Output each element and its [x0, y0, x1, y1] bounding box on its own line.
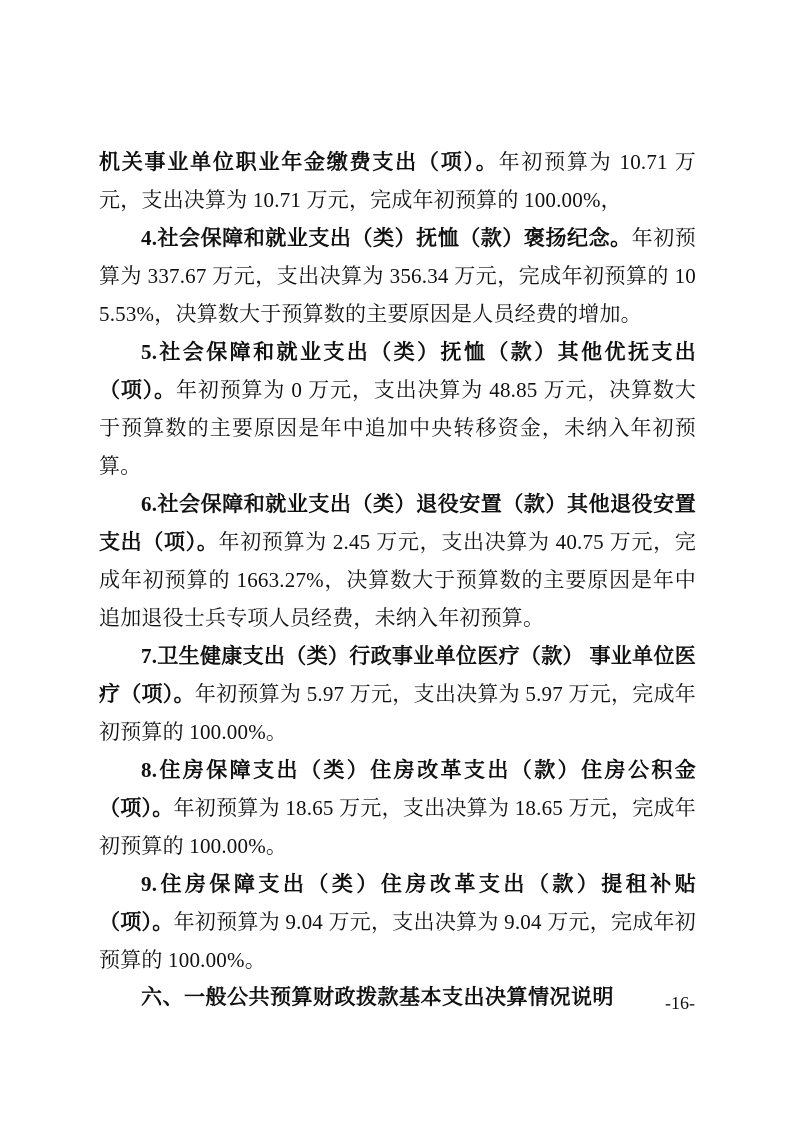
paragraph-text: 年初预算为 0 万元，支出决算为 48.85 万元，决算数大于预算数的主要原因是… — [99, 378, 696, 478]
paragraph-item-6: 6.社会保障和就业支出（类）退役安置（款）其他退役安置支出（项）。年初预算为 2… — [99, 485, 696, 637]
paragraph-item-7: 7.卫生健康支出（类）行政事业单位医疗（款） 事业单位医疗（项）。年初预算为 5… — [99, 637, 696, 751]
document-page: 机关事业单位职业年金缴费支出（项）。年初预算为 10.71 万元，支出决算为 1… — [0, 0, 793, 1122]
paragraph-text: 年初预算为 9.04 万元，支出决算为 9.04 万元，完成年初预算的 100.… — [99, 910, 696, 972]
section-heading: 六、一般公共预算财政拨款基本支出决算情况说明 — [99, 979, 696, 1017]
paragraph-lead-bold: 4.社会保障和就业支出（类）抚恤（款）褒扬纪念。 — [141, 226, 632, 250]
paragraph-text: 年初预算为 18.65 万元，支出决算为 18.65 万元，完成年初预算的 10… — [99, 796, 696, 858]
paragraph-lead-bold: 机关事业单位职业年金缴费支出（项）。 — [99, 150, 499, 174]
document-body: 机关事业单位职业年金缴费支出（项）。年初预算为 10.71 万元，支出决算为 1… — [99, 143, 696, 1017]
paragraph-item-5: 5.社会保障和就业支出（类）抚恤（款）其他优抚支出（项）。年初预算为 0 万元，… — [99, 333, 696, 485]
paragraph-item-9: 9.住房保障支出（类）住房改革支出（款）提租补贴（项）。年初预算为 9.04 万… — [99, 865, 696, 979]
page-number: -16- — [665, 992, 695, 1014]
paragraph-continuation: 机关事业单位职业年金缴费支出（项）。年初预算为 10.71 万元，支出决算为 1… — [99, 143, 696, 219]
paragraph-item-4: 4.社会保障和就业支出（类）抚恤（款）褒扬纪念。年初预算为 337.67 万元，… — [99, 219, 696, 333]
paragraph-item-8: 8.住房保障支出（类）住房改革支出（款）住房公积金（项）。年初预算为 18.65… — [99, 751, 696, 865]
